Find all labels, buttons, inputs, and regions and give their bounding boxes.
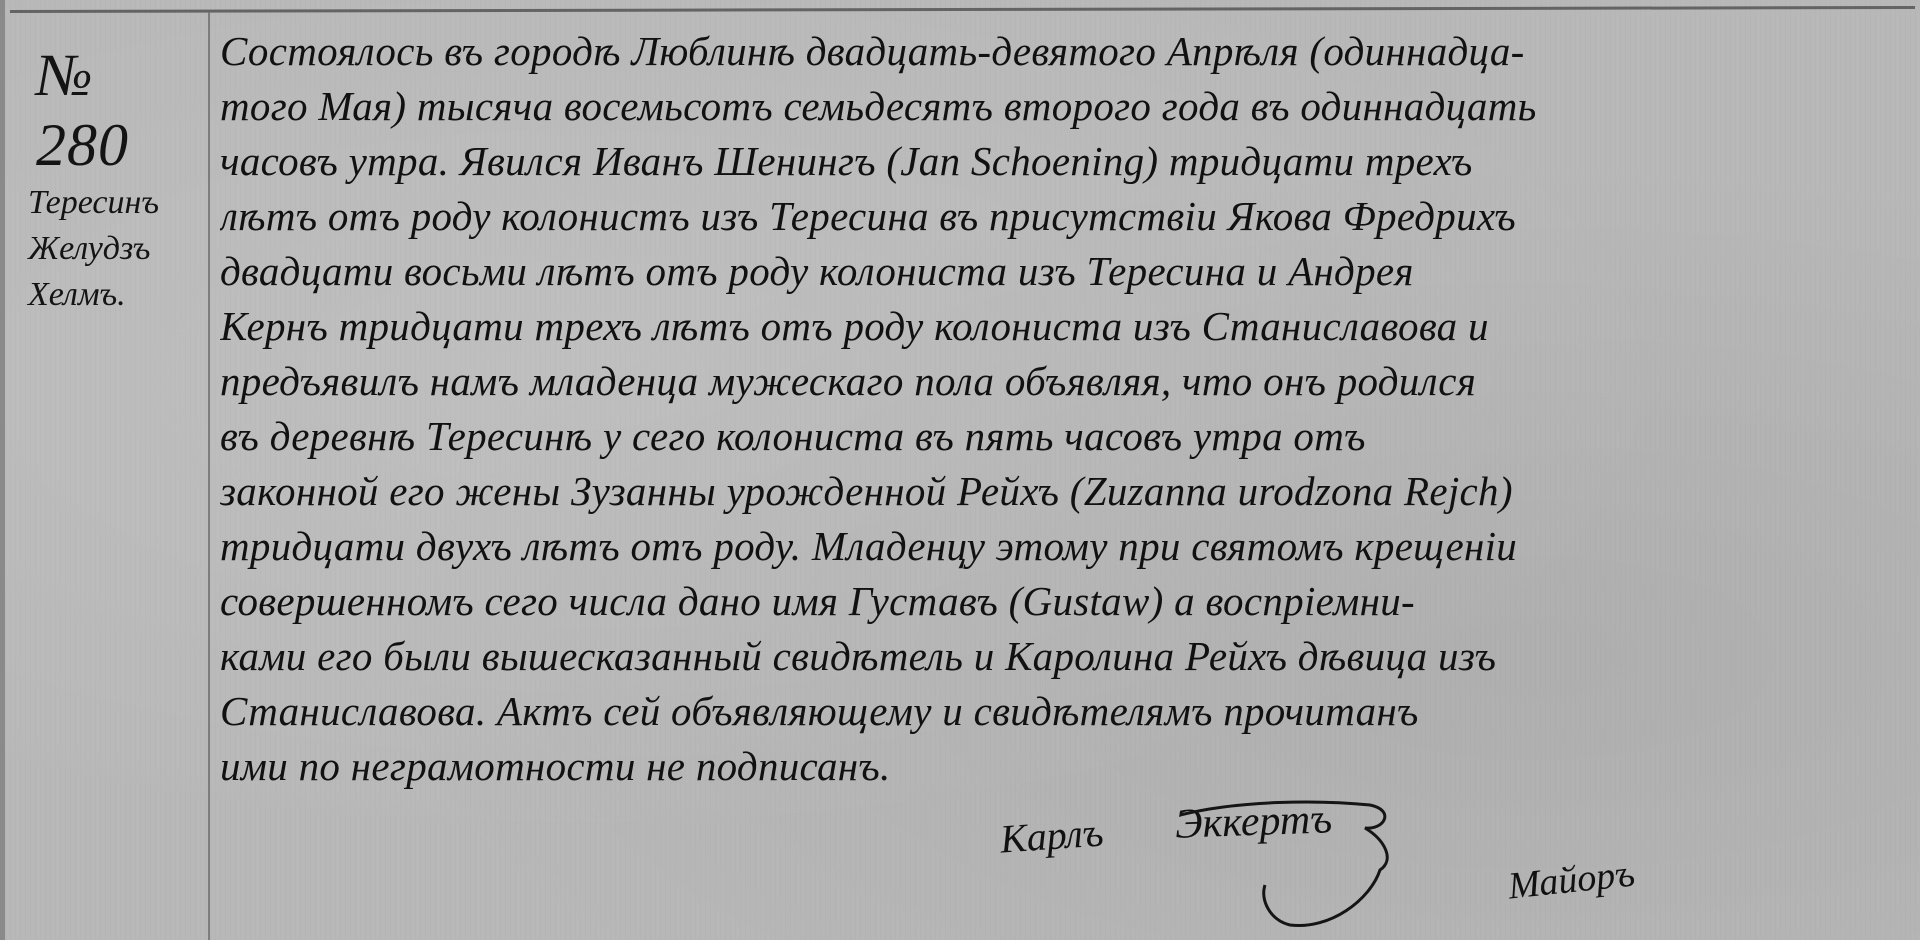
margin-surname: Желудзъ xyxy=(28,226,198,272)
body-line: предъявилъ намъ младенца мужескаго пола … xyxy=(220,354,1910,409)
body-line: ими по неграмотности не подписанъ. xyxy=(220,739,1910,794)
signature-official: Майоръ xyxy=(1506,851,1637,908)
body-line: законной его жены Зузанны урожденной Рей… xyxy=(220,464,1910,519)
body-line: тридцати двухъ лѣтъ отъ роду. Младенцу э… xyxy=(220,519,1910,574)
page-left-edge xyxy=(0,0,5,940)
body-line: Кернъ тридцати трехъ лѣтъ отъ роду колон… xyxy=(220,299,1910,354)
top-ruled-line xyxy=(10,6,1915,13)
margin-village: Тересинъ xyxy=(28,180,198,226)
margin-parish: Хелмъ. xyxy=(28,272,198,318)
body-line: въ деревнѣ Тересинѣ у сего колониста въ … xyxy=(220,409,1910,464)
margin-column: № 280 Тересинъ Желудзъ Хелмъ. xyxy=(8,40,198,318)
record-number: № 280 xyxy=(36,40,198,180)
body-line: совершенномъ сего числа дано имя Густавъ… xyxy=(220,574,1910,629)
signature-first-name: Карлъ xyxy=(998,808,1104,862)
signature-flourish-icon xyxy=(1180,790,1400,930)
body-line: Станиславова. Актъ сей объявляющему и св… xyxy=(220,684,1910,739)
body-line: часовъ утра. Явился Иванъ Шенингъ (Jan S… xyxy=(220,134,1910,189)
body-line: лѣтъ отъ роду колонистъ изъ Тересина въ … xyxy=(220,189,1910,244)
record-body: Состоялось въ городѣ Люблинѣ двадцать-де… xyxy=(220,24,1910,794)
body-line: двадцати восьми лѣтъ отъ роду колониста … xyxy=(220,244,1910,299)
document-page: № 280 Тересинъ Желудзъ Хелмъ. Состоялось… xyxy=(0,0,1920,940)
body-line: Состоялось въ городѣ Люблинѣ двадцать-де… xyxy=(220,24,1910,79)
body-line: того Мая) тысяча восемьсотъ семьдесятъ в… xyxy=(220,79,1910,134)
margin-ruled-line xyxy=(208,12,210,940)
body-line: ками его были вышесказанный свидѣтель и … xyxy=(220,629,1910,684)
